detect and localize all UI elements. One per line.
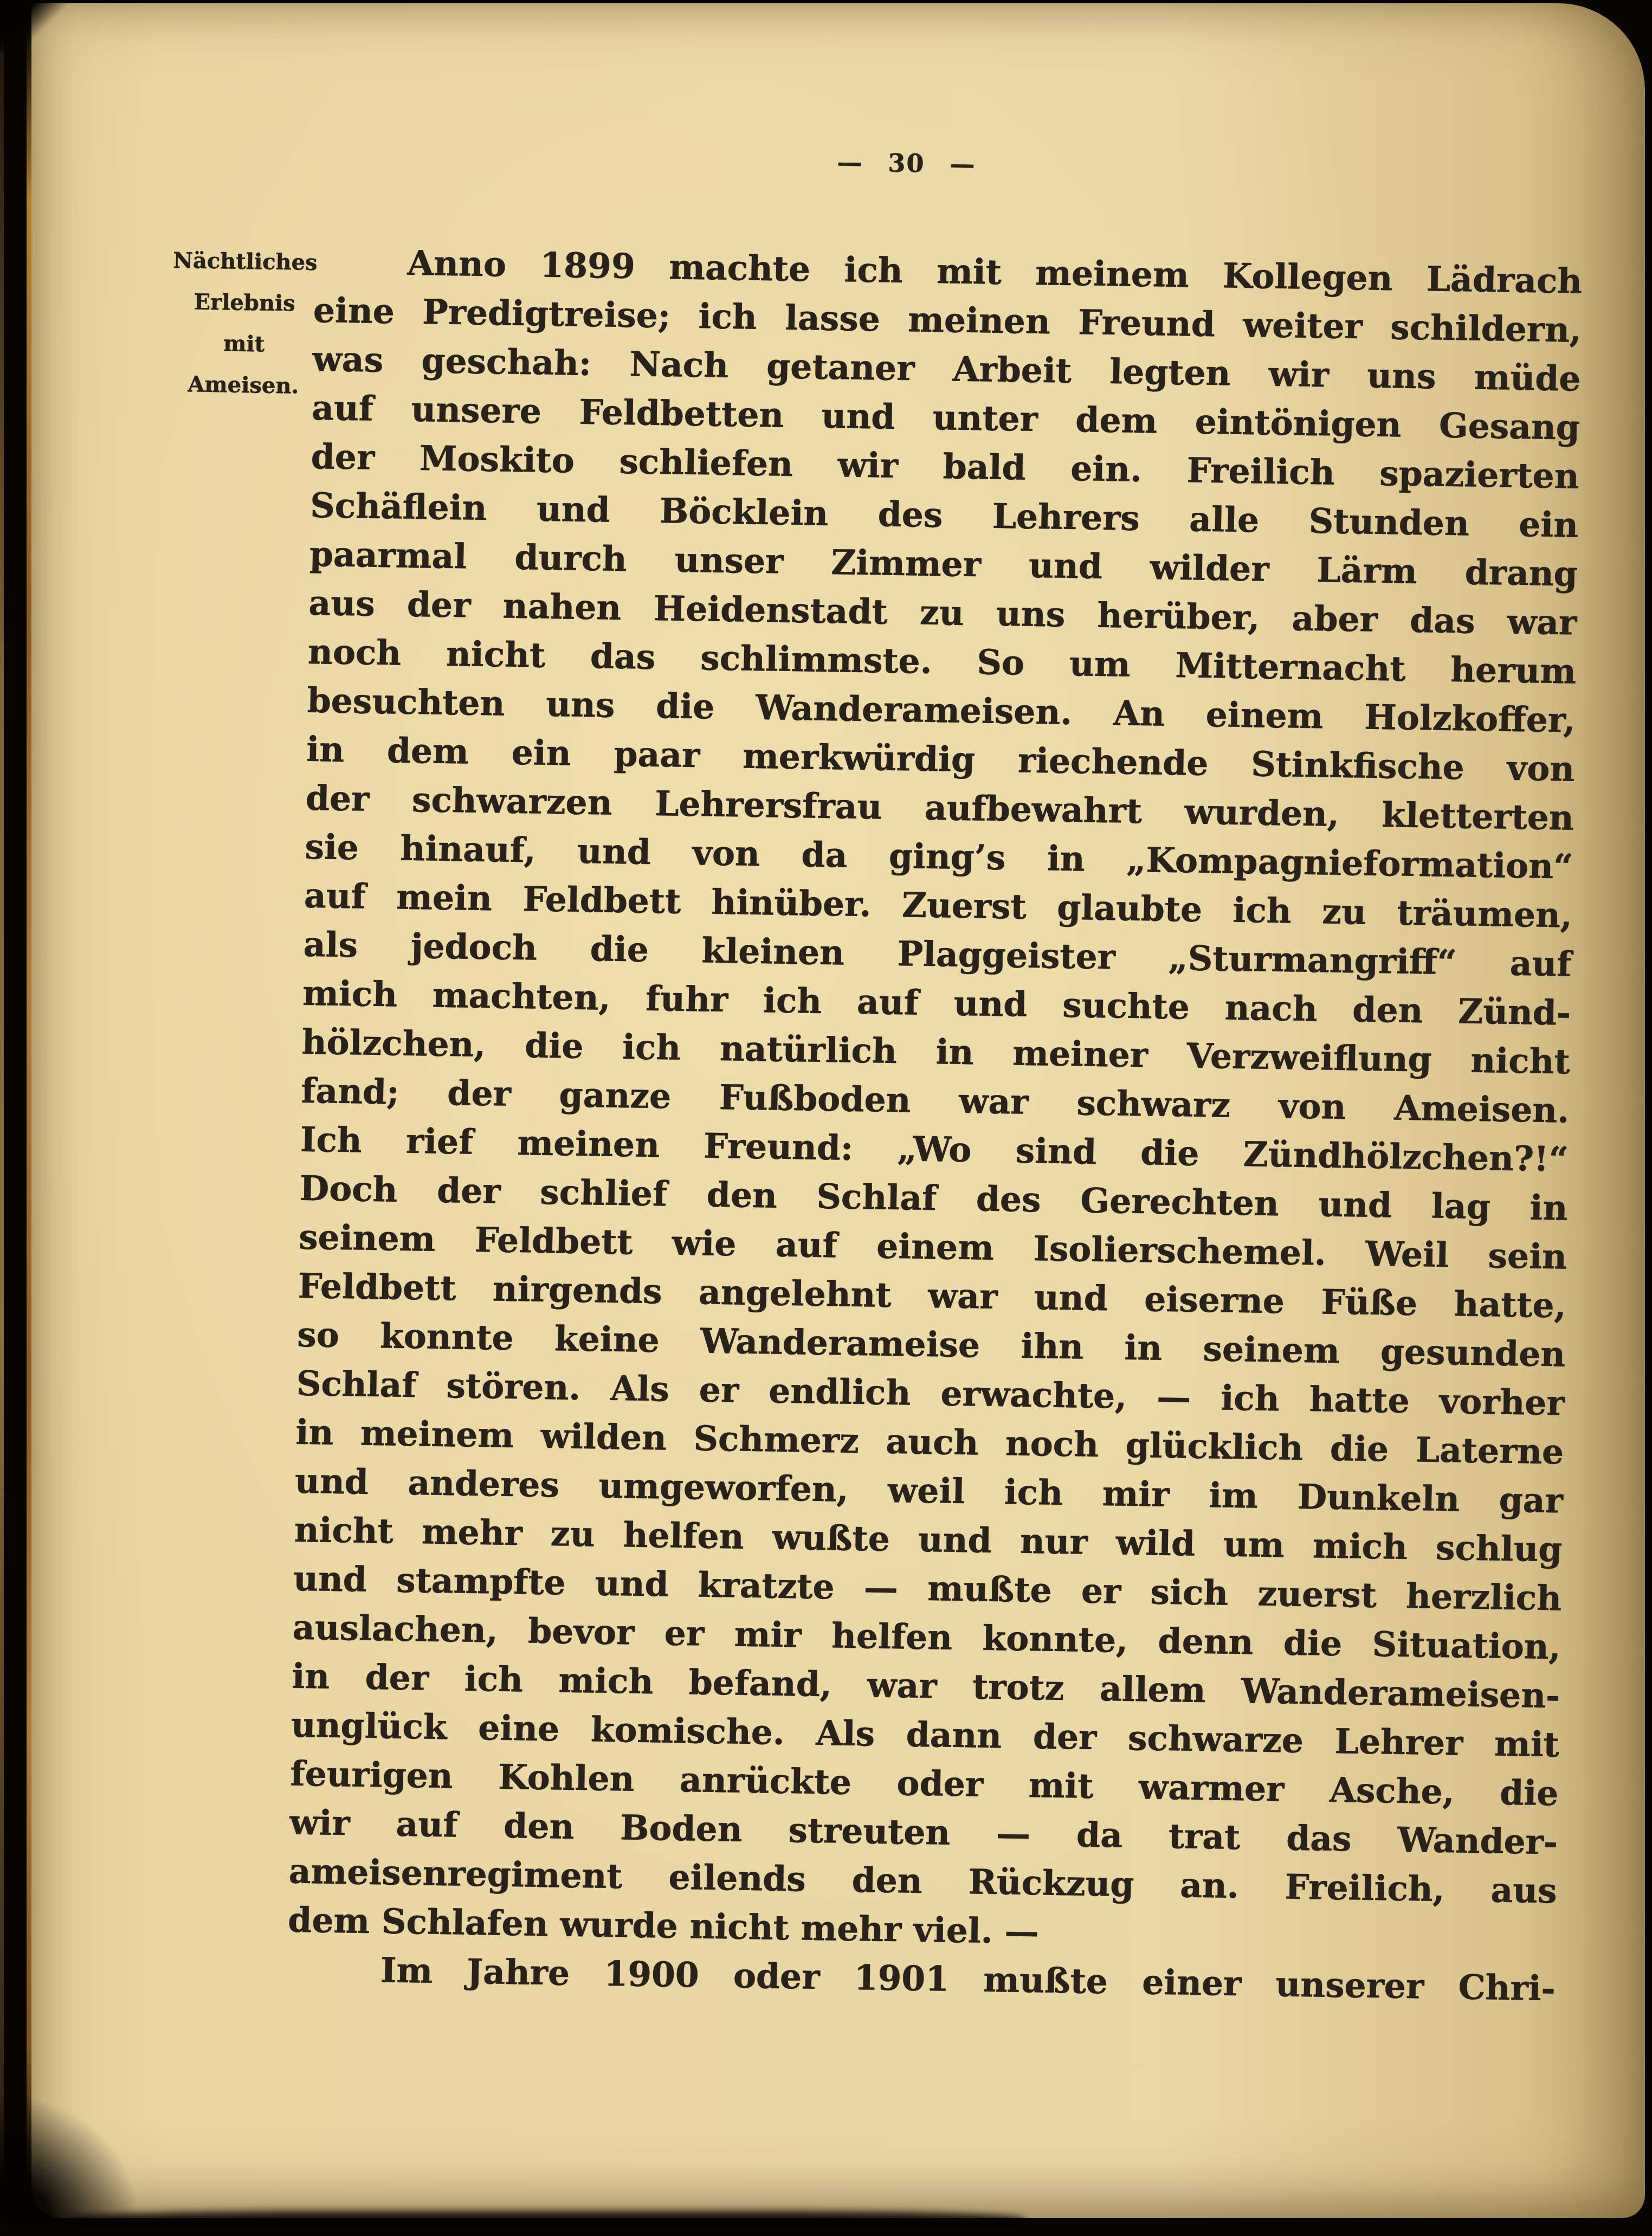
header-dash-left: —: [837, 147, 863, 177]
page-number: 30: [888, 149, 925, 178]
printed-content: —30— Nächtliches Erlebnis mit Ameisen. A…: [0, 0, 1652, 2223]
body-text: Anno 1899 machte ich mit meinem Kollegen…: [287, 237, 1583, 2013]
page-header: —30—: [321, 139, 1492, 187]
book-page-photo: —30— Nächtliches Erlebnis mit Ameisen. A…: [0, 0, 1652, 2223]
header-dash-right: —: [950, 149, 976, 179]
